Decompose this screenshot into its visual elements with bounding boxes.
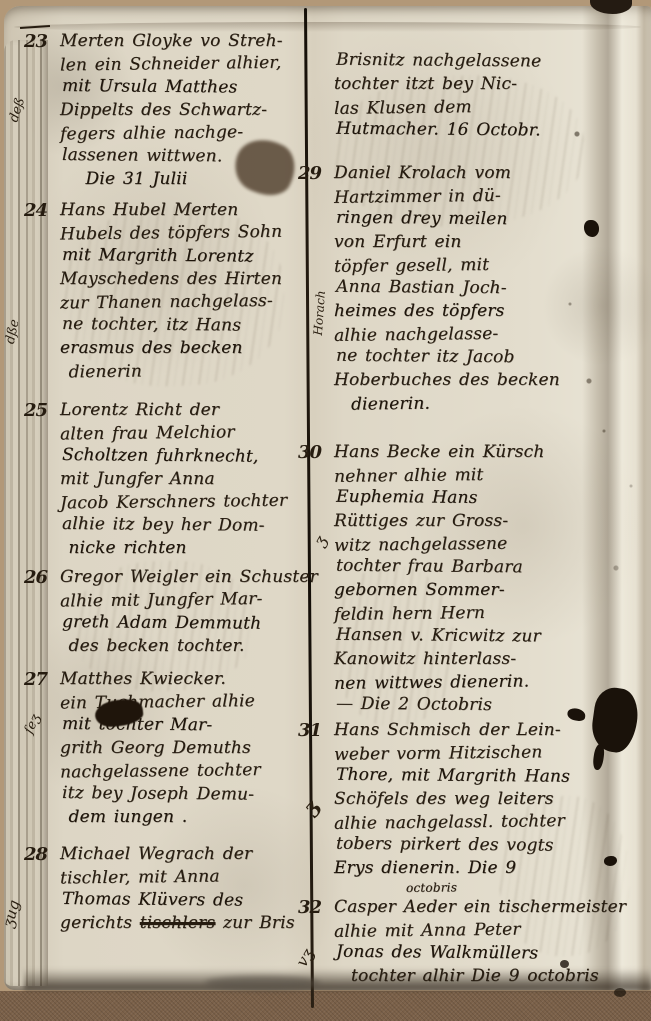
handwritten-line: alhie nachgelasse-: [334, 321, 637, 348]
handwritten-line: tischler, mit Anna: [60, 865, 300, 891]
handwritten-line: tochter alhir Die 9 octobris: [334, 965, 637, 988]
handwritten-line: nachgelassene tochter: [60, 759, 300, 785]
right-column: Brisnitz nachgelassenetochter itzt bey N…: [302, 50, 637, 1000]
handwritten-line: Dippelts des Schwartz-: [60, 99, 300, 122]
handwritten-line: ne tochter itz Jacob: [336, 345, 639, 371]
ink-smudge: [205, 976, 320, 990]
handwritten-line: mit Jungfer Anna: [60, 468, 300, 491]
handwritten-line: alhie mit Jungfer Mar-: [60, 588, 300, 614]
handwritten-line: tobers pirkert des vogts: [336, 833, 639, 859]
register-entry: 30Hans Becke ein Kürschnehner alhie mitE…: [334, 441, 637, 717]
entry-number: 32: [298, 897, 330, 918]
handwritten-line: dem iungen .: [60, 806, 300, 829]
handwritten-line: Hansen v. Kricwitz zur: [336, 624, 639, 650]
handwritten-line: ne tochter, itz Hans: [62, 313, 302, 338]
handwritten-line: Lorentz Richt der: [60, 399, 300, 422]
handwritten-line: Euphemia Hans: [336, 486, 639, 512]
handwritten-line: Hoberbuches des becken: [334, 369, 637, 392]
handwritten-line: Rüttiges zur Gross-: [334, 510, 637, 533]
handwritten-line: las Klusen dem: [334, 94, 637, 121]
handwritten-line: des becken tochter.: [60, 635, 300, 658]
handwritten-line: alhie itz bey her Dom-: [62, 513, 302, 538]
handwritten-line: feldin hern Hern: [334, 600, 637, 627]
handwritten-line: grith Georg Demuths: [60, 737, 300, 760]
entry-number: 24: [24, 200, 56, 221]
handwritten-line: Gregor Weigler ein Schuster: [60, 566, 300, 589]
handwritten-line: weber vorm Hitzischen: [334, 740, 637, 767]
handwritten-line: nen wittwes dienerin.: [334, 669, 637, 696]
handwritten-line: Hutmacher. 16 Octobr.: [336, 118, 639, 144]
handwritten-line: Casper Aeder ein tischermeister: [334, 896, 637, 919]
register-entry: Brisnitz nachgelassenetochter itzt bey N…: [334, 50, 637, 142]
manuscript-photo: 23Merten Gloyke vo Streh-len ein Schneid…: [0, 0, 651, 1021]
register-entry: 32Casper Aeder ein tischermeisteralhie m…: [334, 896, 637, 988]
handwritten-line: tochter frau Barbara: [336, 555, 639, 581]
handwritten-line: mit Ursula Matthes: [62, 75, 302, 100]
handwritten-line: Mayschedens des Hirten: [60, 268, 300, 291]
register-entry: 25Lorentz Richt deralten frau MelchiorSc…: [60, 399, 300, 560]
handwritten-line: zur Thanen nachgelass-: [60, 290, 300, 316]
handwritten-line: Anna Bastian Joch-: [336, 276, 639, 302]
handwritten-line: Jacob Kerschners tochter: [60, 490, 300, 516]
ink-blot: [560, 960, 569, 968]
entry-number: 31: [298, 720, 330, 741]
handwritten-line: Daniel Krolach vom: [334, 162, 637, 185]
handwritten-line: Matthes Kwiecker.: [60, 668, 300, 691]
handwritten-line: alhie mit Anna Peter: [334, 917, 637, 944]
handwritten-line: heimes des töpfers: [334, 300, 637, 323]
handwritten-line: Jonas des Walkmüllers: [336, 941, 639, 967]
handwritten-line: töpfer gesell, mit: [334, 252, 637, 279]
handwritten-line: witz nachgelassene: [334, 531, 637, 558]
handwritten-line: greth Adam Demmuth: [62, 611, 302, 636]
handwritten-line: itz bey Joseph Demu-: [62, 782, 302, 807]
entry-number: 29: [298, 163, 330, 184]
entry-number: 30: [298, 442, 330, 463]
handwritten-text: zur Bris: [215, 913, 294, 933]
entry-number: 28: [24, 844, 56, 865]
entry-number: 26: [24, 567, 56, 588]
handwritten-line: Hubels des töpfers Sohn: [60, 221, 300, 247]
handwritten-line: gebornen Sommer-: [334, 579, 637, 602]
register-entry: 27Matthes Kwiecker.ein Tuchmacher alhiem…: [60, 668, 300, 829]
handwritten-line: tochter itzt bey Nic-: [334, 73, 637, 96]
entry-number: 25: [24, 400, 56, 421]
handwritten-line: Scholtzen fuhrknecht,: [62, 444, 302, 469]
register-entry: 28Michael Wegrach dertischler, mit AnnaT…: [60, 843, 300, 935]
register-entry: 26Gregor Weigler ein Schusteralhie mit J…: [60, 566, 300, 658]
register-entry: 29Daniel Krolach vomHartzimmer in dü-rin…: [334, 162, 637, 415]
handwritten-line: erasmus des becken: [60, 337, 300, 360]
handwritten-line: Hans Becke ein Kürsch: [334, 441, 637, 464]
handwritten-line: Schöfels des weg leiters: [334, 788, 637, 811]
struck-through-word: tischlers: [140, 913, 216, 933]
handwritten-line: nehner alhie mit: [334, 462, 637, 489]
handwritten-line: alhie nachgelassl. tochter: [334, 809, 637, 836]
handwritten-line: nicke richten: [60, 537, 300, 560]
handwritten-line: dienerin.: [334, 390, 637, 417]
ink-blot: [614, 988, 626, 997]
handwritten-line: Hans Hubel Merten: [60, 199, 300, 222]
handwritten-text: gerichts: [60, 913, 140, 933]
handwritten-line: alten frau Melchior: [60, 421, 300, 447]
handwritten-line: octobris: [334, 878, 637, 896]
handwritten-line: gerichts tischlers zur Bris: [60, 912, 300, 935]
handwritten-line: Thomas Klüvers des: [62, 888, 302, 913]
handwritten-line: Michael Wegrach der: [60, 843, 300, 866]
handwritten-line: Erys dienerin. Die 9: [334, 857, 637, 880]
handwritten-line: len ein Schneider alhier,: [60, 52, 300, 78]
register-entry: 24Hans Hubel MertenHubels des töpfers So…: [60, 199, 300, 383]
handwritten-line: Merten Gloyke vo Streh-: [60, 30, 300, 53]
handwritten-line: dienerin: [60, 359, 300, 385]
entry-number: 27: [24, 669, 56, 690]
entry-number: 23: [24, 31, 56, 52]
handwritten-line: mit Margrith Lorentz: [62, 244, 302, 269]
handwritten-line: Kanowitz hinterlass-: [334, 648, 637, 671]
register-entry: 31Hans Schmisch der Lein-weber vorm Hitz…: [334, 719, 637, 894]
handwritten-line: Hartzimmer in dü-: [334, 183, 637, 210]
ink-blot: [584, 220, 599, 237]
handwritten-line: Brisnitz nachgelassene: [336, 49, 639, 75]
